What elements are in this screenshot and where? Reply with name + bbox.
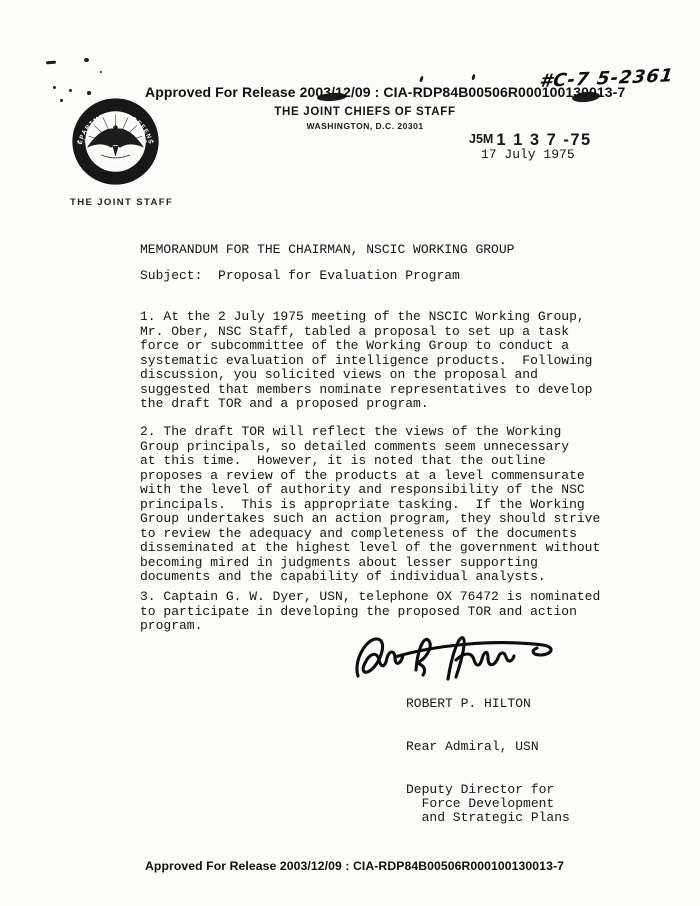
signer-title: Deputy Director for Force Development an… (406, 783, 570, 826)
signature-block: ROBERT P. HILTON Rear Admiral, USN Deput… (406, 669, 570, 854)
signer-name: ROBERT P. HILTON (406, 697, 570, 711)
ink-speck (471, 74, 475, 80)
ink-speck (419, 76, 423, 82)
ink-speck (87, 91, 91, 95)
ink-speck (60, 99, 63, 102)
ink-speck (46, 61, 56, 64)
paragraph-2: 2. The draft TOR will reflect the views … (140, 425, 600, 585)
document-date: 17 July 1975 (481, 147, 575, 162)
signer-rank: Rear Admiral, USN (406, 740, 570, 754)
letterhead-office-caption: THE JOINT STAFF (70, 197, 173, 208)
handwritten-annotation: #C-7 5-2361 (538, 65, 675, 92)
paragraph-1: 1. At the 2 July 1975 meeting of the NSC… (140, 310, 592, 412)
subject-line: Subject: Proposal for Evaluation Program (140, 269, 460, 284)
ink-speck (84, 58, 89, 62)
ink-speck (53, 86, 56, 89)
letterhead-organization: THE JOINT CHIEFS OF STAFF (230, 106, 500, 118)
letterhead-address: WASHINGTON, D.C. 20301 (230, 121, 500, 131)
classification-footer: Approved For Release 2003/12/09 : CIA-RD… (145, 859, 564, 873)
signature-scrawl (350, 624, 572, 690)
dod-seal: DEPARTMENT OF DEFENSE UNITED STATES OF A… (71, 97, 160, 186)
ink-speck (100, 71, 102, 73)
memo-page: Approved For Release 2003/12/09 : CIA-RD… (0, 0, 700, 906)
ink-speck (69, 89, 72, 92)
reference-prefix: J5M (469, 132, 493, 146)
memorandum-for-line: MEMORANDUM FOR THE CHAIRMAN, NSCIC WORKI… (140, 243, 514, 258)
